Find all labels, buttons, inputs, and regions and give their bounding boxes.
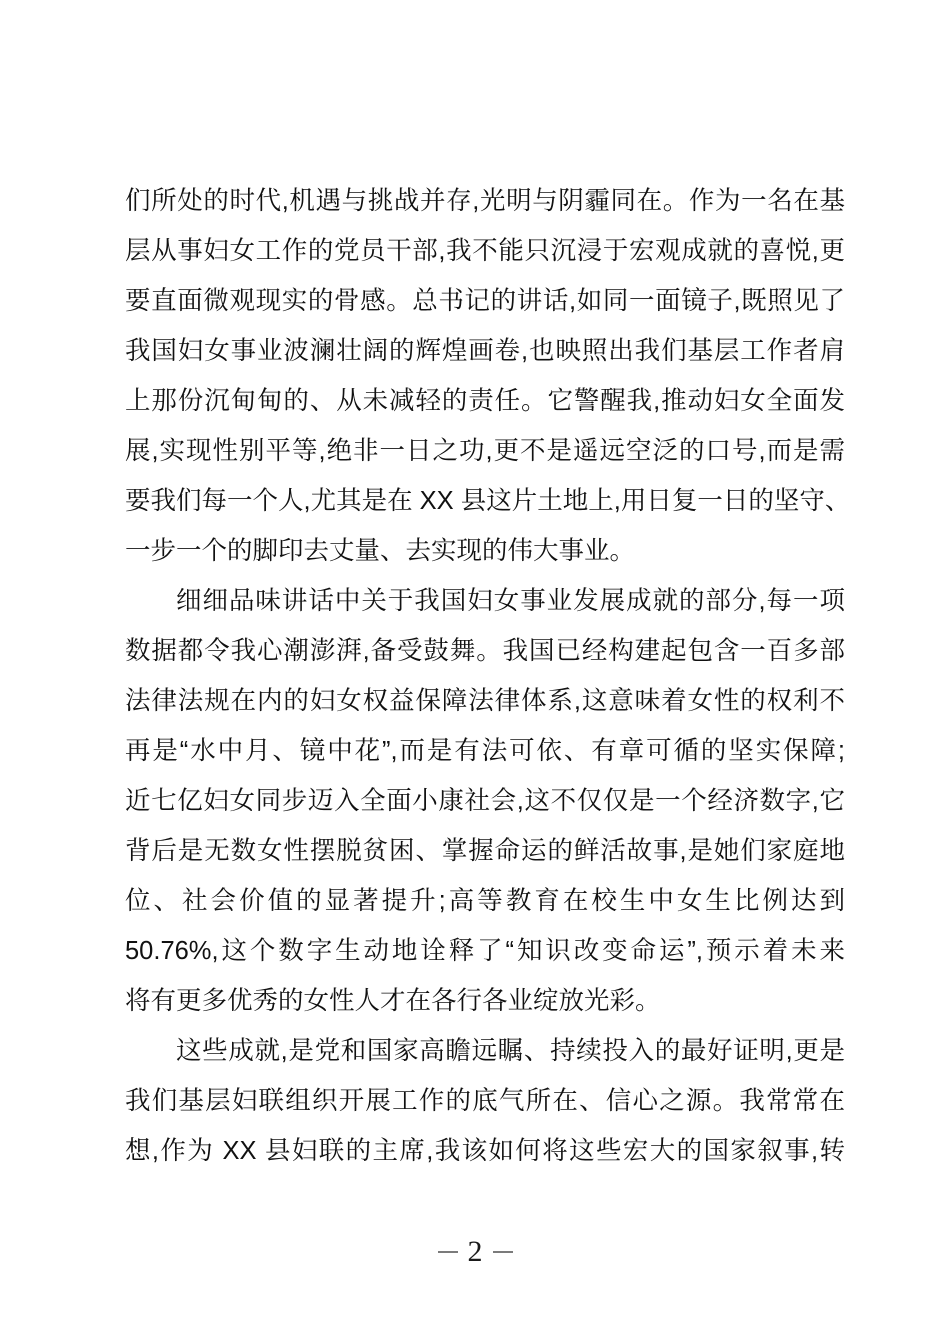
- text-line: 展,实现性别平等,绝非一日之功,更不是遥远空泛的口号,而是需: [125, 426, 845, 476]
- footer-dash-left: [438, 1251, 458, 1253]
- text-line: 这些成就,是党和国家高瞻远瞩、持续投入的最好证明,更是: [125, 1026, 845, 1076]
- paragraph: 这些成就,是党和国家高瞻远瞩、持续投入的最好证明,更是我们基层妇联组织开展工作的…: [125, 1026, 845, 1176]
- text-block: 们所处的时代,机遇与挑战并存,光明与阴霾同在。作为一名在基层从事妇女工作的党员干…: [125, 176, 845, 1176]
- document-page: 们所处的时代,机遇与挑战并存,光明与阴霾同在。作为一名在基层从事妇女工作的党员干…: [0, 0, 950, 1344]
- text-line: 层从事妇女工作的党员干部,我不能只沉浸于宏观成就的喜悦,更: [125, 226, 845, 276]
- paragraph: 细细品味讲话中关于我国妇女事业发展成就的部分,每一项数据都令我心潮澎湃,备受鼓舞…: [125, 576, 845, 1026]
- text-line: 要直面微观现实的骨感。总书记的讲话,如同一面镜子,既照见了: [125, 276, 845, 326]
- text-line: 50.76%,这个数字生动地诠释了“知识改变命运”,预示着未来: [125, 926, 845, 976]
- text-line: 我们基层妇联组织开展工作的底气所在、信心之源。我常常在: [125, 1076, 845, 1126]
- text-line: 数据都令我心潮澎湃,备受鼓舞。我国已经构建起包含一百多部: [125, 626, 845, 676]
- text-line: 细细品味讲话中关于我国妇女事业发展成就的部分,每一项: [125, 576, 845, 626]
- footer-dash-right: [493, 1251, 513, 1253]
- text-line: 法律法规在内的妇女权益保障法律体系,这意味着女性的权利不: [125, 676, 845, 726]
- paragraph: 们所处的时代,机遇与挑战并存,光明与阴霾同在。作为一名在基层从事妇女工作的党员干…: [125, 176, 845, 576]
- text-line: 一步一个的脚印去丈量、去实现的伟大事业。: [125, 526, 845, 576]
- page-footer: 2: [0, 1234, 950, 1270]
- text-line: 将有更多优秀的女性人才在各行各业绽放光彩。: [125, 976, 845, 1026]
- text-line: 要我们每一个人,尤其是在 XX 县这片土地上,用日复一日的坚守、: [125, 476, 845, 526]
- text-line: 近七亿妇女同步迈入全面小康社会,这不仅仅是一个经济数字,它: [125, 776, 845, 826]
- text-line: 我国妇女事业波澜壮阔的辉煌画卷,也映照出我们基层工作者肩: [125, 326, 845, 376]
- page-number: 2: [468, 1237, 483, 1267]
- text-line: 上那份沉甸甸的、从未减轻的责任。它警醒我,推动妇女全面发: [125, 376, 845, 426]
- text-line: 想,作为 XX 县妇联的主席,我该如何将这些宏大的国家叙事,转: [125, 1126, 845, 1176]
- text-line: 位、社会价值的显著提升;高等教育在校生中女生比例达到: [125, 876, 845, 926]
- text-line: 再是“水中月、镜中花”,而是有法可依、有章可循的坚实保障;: [125, 726, 845, 776]
- text-line: 们所处的时代,机遇与挑战并存,光明与阴霾同在。作为一名在基: [125, 176, 845, 226]
- text-line: 背后是无数女性摆脱贫困、掌握命运的鲜活故事,是她们家庭地: [125, 826, 845, 876]
